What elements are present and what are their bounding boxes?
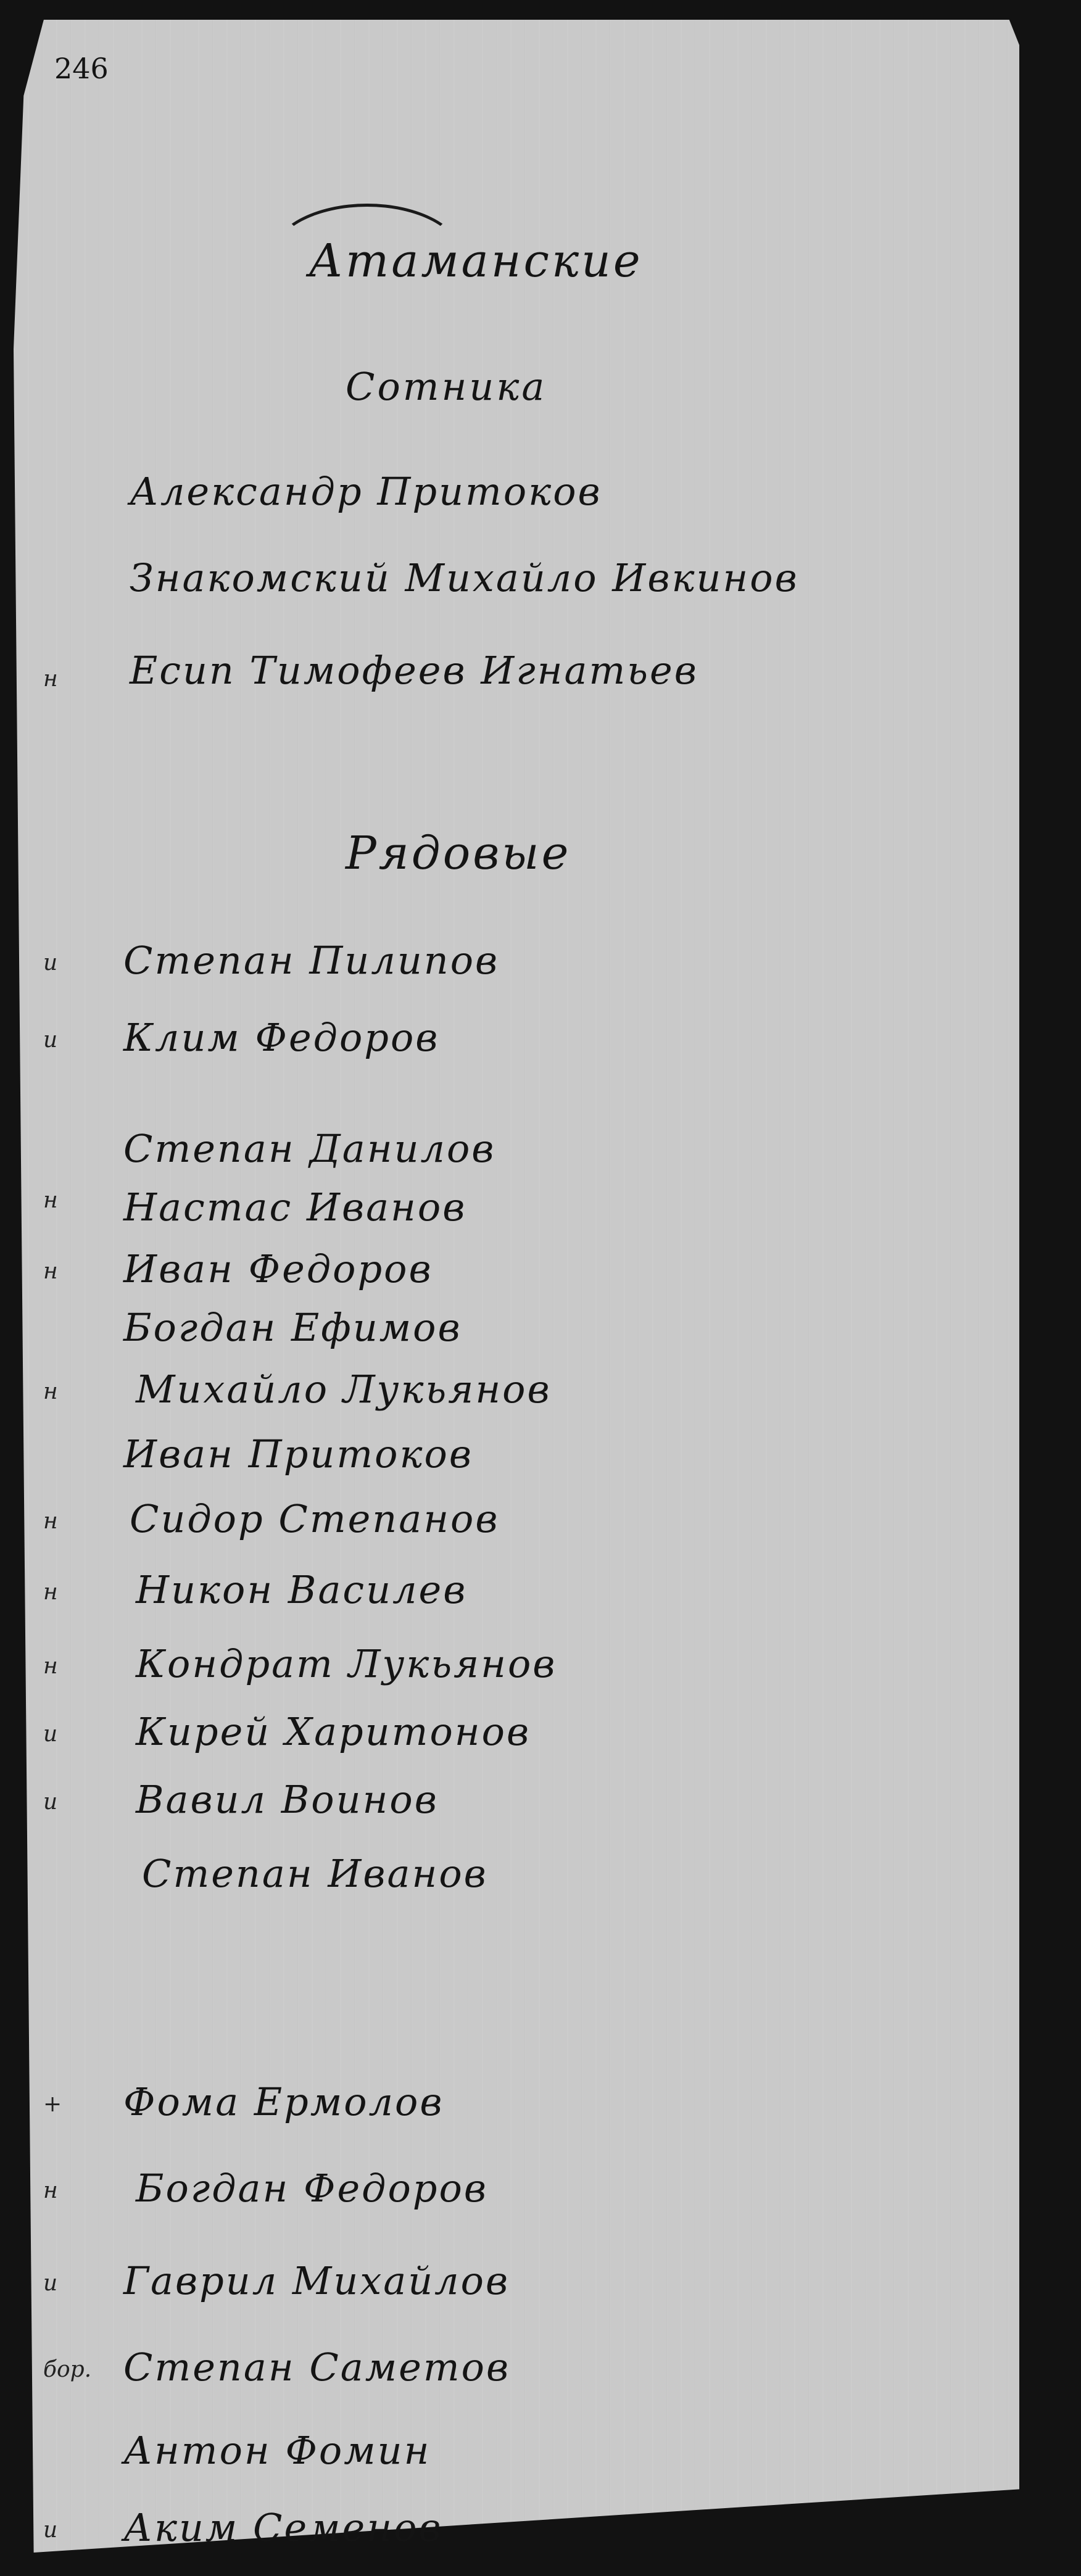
officer-line: Есип Тимофеев Игнатьев xyxy=(130,648,698,693)
list-item: Настас Иванов xyxy=(123,1185,466,1230)
document-subtitle: Сотника xyxy=(346,364,547,409)
list-item: Сидор Степанов xyxy=(130,1496,499,1541)
list-item: Вавил Воинов xyxy=(136,1777,439,1822)
margin-mark: и xyxy=(43,1721,57,1747)
officer-line: Знакомский Михайло Ивкинов xyxy=(130,555,799,600)
list-item: Гаврил Михайлов xyxy=(123,2258,510,2303)
list-item: Кирей Харитонов xyxy=(136,1709,531,1754)
section-heading: Рядовые xyxy=(346,827,571,880)
margin-mark: н xyxy=(43,2178,58,2203)
list-item: Степан Пилипов xyxy=(123,938,499,983)
list-item: Антон Фомин xyxy=(123,2428,431,2473)
margin-mark: н xyxy=(43,1379,58,1404)
list-item: Никон Василев xyxy=(136,1567,467,1612)
list-item: Иван Притоков xyxy=(123,1431,473,1476)
list-item: Аким Семенов xyxy=(123,2505,443,2550)
list-item: Степан Данилов xyxy=(123,1126,495,1171)
officer-line: Александр Притоков xyxy=(130,469,602,514)
title-flourish-icon xyxy=(271,204,463,309)
margin-mark: н xyxy=(43,1259,58,1284)
margin-mark: и xyxy=(43,2271,57,2296)
margin-mark: н xyxy=(43,1580,58,1605)
list-item: Степан Иванов xyxy=(142,1851,488,1896)
list-item: Михайло Лукьянов xyxy=(136,1367,552,1412)
margin-mark: и xyxy=(43,1027,57,1053)
margin-mark: бор. xyxy=(43,2357,91,2382)
margin-mark: н xyxy=(43,1509,58,1534)
list-item: Кондрат Лукьянов xyxy=(136,1641,557,1686)
margin-mark: и xyxy=(43,950,57,975)
list-item: Иван Федоров xyxy=(123,1246,433,1291)
page-number: 246 xyxy=(54,52,109,85)
list-item: Степан Саметов xyxy=(123,2345,510,2390)
margin-mark: и xyxy=(43,1789,57,1815)
list-item: Клим Федоров xyxy=(123,1015,439,1060)
margin-mark: н xyxy=(43,1188,58,1213)
list-item: Богдан Федоров xyxy=(136,2166,488,2211)
list-item: Богдан Ефимов xyxy=(123,1305,462,1350)
list-item: Фома Ермолов xyxy=(123,2079,444,2124)
margin-mark: н xyxy=(43,666,58,692)
margin-mark: и xyxy=(43,2517,57,2543)
margin-mark: н xyxy=(43,1654,58,1679)
margin-mark: + xyxy=(43,2092,62,2117)
